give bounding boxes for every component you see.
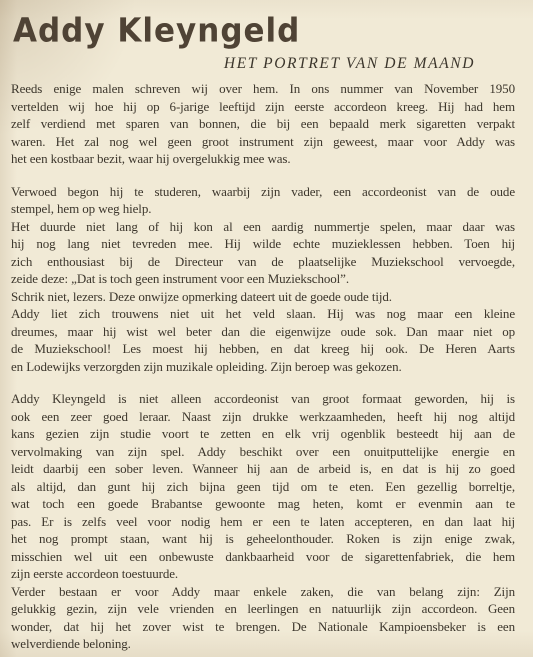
text-line: als altijd, dan gunt hij zich bijna geen…: [11, 478, 515, 496]
text-line: Addy Kleyngeld is niet alleen accordeoni…: [11, 390, 515, 408]
text-line: Verwoed begon hij te studeren, waarbij z…: [11, 183, 515, 201]
text-line: Schrik niet, lezers. Deze onwijze opmerk…: [11, 288, 515, 306]
text-line: vertelden wij hoe hij op 6-jarige leefti…: [11, 98, 515, 116]
text-line: en Lodewijks verzorgden zijn muzikale op…: [11, 358, 515, 376]
text-line: het een kostbaar bezit, waar hij overgel…: [11, 150, 515, 168]
text-line: waren. Het zal nog wel geen groot instru…: [11, 133, 515, 151]
text-line: Het duurde niet lang of hij kon al een a…: [11, 218, 515, 236]
text-line: Reeds enige malen schreven wij over hem.…: [11, 80, 515, 98]
scanned-article-page: Addy Kleyngeld HET PORTRET VAN DE MAAND …: [0, 0, 533, 657]
text-line: misschien wel uit een onbewuste dankbaar…: [11, 548, 515, 566]
text-line: zijn eerste accordeon toestuurde.: [11, 565, 515, 583]
text-line: ook een zeer goed leraar. Naast zijn dru…: [11, 408, 515, 426]
text-line: de Muziekschool! Les moest hij hebben, e…: [11, 340, 515, 358]
text-line: pas. Er is zelfs veel voor nodig hem er …: [11, 513, 515, 531]
text-line: zelf verdiend met sparen van bonnen, die…: [11, 115, 515, 133]
text-line: wonder, dat hij het zover wist te brenge…: [11, 618, 515, 636]
text-line: Addy liet zich trouwens niet uit het vel…: [11, 305, 515, 323]
text-line: kans gezien zijn studie voort te zetten …: [11, 425, 515, 443]
text-line: hij nog lang niet tevreden mee. Hij wild…: [11, 235, 515, 253]
text-line: Verder bestaan er voor Addy maar enkele …: [11, 583, 515, 601]
paragraph: Addy Kleyngeld is niet alleen accordeoni…: [11, 390, 515, 653]
paragraph: Verwoed begon hij te studeren, waarbij z…: [11, 183, 515, 376]
text-line: dreumes, maar hij wist wel beter dan die…: [11, 323, 515, 341]
paragraph: Reeds enige malen schreven wij over hem.…: [11, 80, 515, 168]
page-subtitle: HET PORTRET VAN DE MAAND: [11, 55, 515, 73]
text-line: het nog prompt staan, want hij is geheel…: [11, 530, 515, 548]
text-line: vervolmaking van zijn spel. Addy beschik…: [11, 443, 515, 461]
text-line: leidt daarbij een sober leven. Wanneer h…: [11, 460, 515, 478]
text-line: welverdiende beloning.: [11, 635, 515, 653]
text-line: stempel, hem op weg hielp.: [11, 200, 515, 218]
text-line: zeide deze: „Dat is toch geen instrument…: [11, 270, 515, 288]
page-title: Addy Kleyngeld: [11, 10, 515, 52]
text-line: gelukkig gezin, zijn vele vrienden en le…: [11, 600, 515, 618]
text-line: wat toch een goede Brabantse gewoonte ma…: [11, 495, 515, 513]
article-body: Reeds enige malen schreven wij over hem.…: [11, 80, 515, 653]
text-line: zich enthousiast bij de Directeur van de…: [11, 253, 515, 271]
